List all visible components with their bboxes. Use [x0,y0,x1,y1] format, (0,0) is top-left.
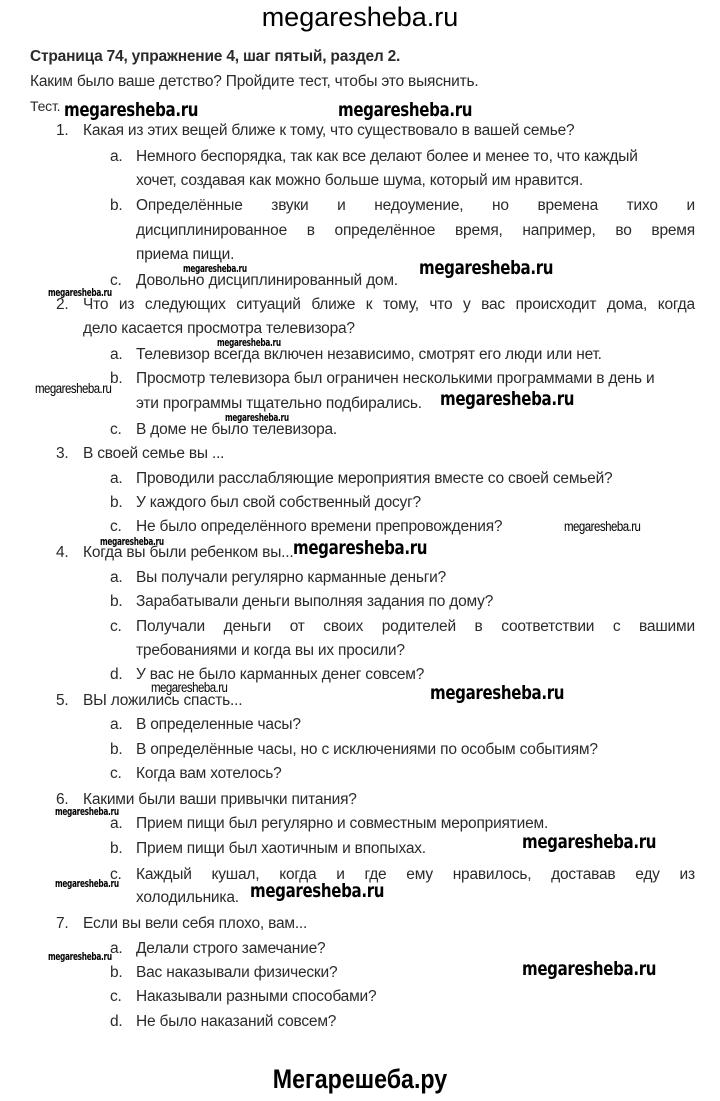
word: когда [658,296,695,314]
option-text-cont: дисциплинированноевопределённоевремя,нап… [136,222,695,240]
option-text: Наказывали разными способами? [136,988,376,1006]
option-text: В определённые часы, но с исключениями п… [136,741,598,759]
option-marker: d. [110,1013,123,1031]
option-marker: a. [110,470,123,488]
word: во [615,222,631,240]
option-line: Каждыйкушал,когдаигдеемунравилось,достав… [136,866,695,884]
question-number: 4. [56,544,69,562]
option-line: дисциплинированноевопределённоевремя,нап… [136,222,695,240]
option-text: Проводили расслабляющие мероприятия вмес… [136,470,612,488]
option-marker: a. [110,940,123,958]
option-text: У каждого был свой собственный досуг? [136,494,421,512]
option-line: Получалиденьгиотсвоихродителейвсоответст… [136,618,695,636]
option-text: Прием пищи был регулярно и совместным ме… [136,815,548,833]
watermark: megaresheba.ru [35,381,111,396]
word: и [337,197,345,215]
word: вас [481,296,505,314]
option-text: Вы получали регулярно карманные деньги? [136,569,446,587]
option-text: Определённыезвукиинедоумение,новременати… [136,197,695,215]
option-marker: c. [110,988,122,1006]
word: тому, [383,296,419,314]
option-marker: b. [110,964,123,982]
word: родителей [382,618,456,636]
word: еду [635,866,659,884]
watermark: megaresheba.ru [151,680,227,695]
option-text: Просмотр телевизора был ограничен нескол… [136,370,654,388]
watermark: megaresheba.ru [338,99,472,121]
word: дисциплинированное [136,222,287,240]
word: от [290,618,305,636]
question-text: Какая из этих вещей ближе к тому, что су… [83,122,574,140]
option-text-cont: холодильника. [136,889,239,907]
word: деньги [224,618,271,636]
word: время, [455,222,503,240]
watermark: megaresheba.ru [419,257,553,279]
word: из [119,296,134,314]
word: что [429,296,452,314]
word: из [680,866,695,884]
option-text: Получалиденьгиотсвоихродителейвсоответст… [136,618,695,636]
word: например, [522,222,595,240]
option-text-cont: эти программы тщательно подбирались. [136,395,422,413]
option-marker: a. [110,569,123,587]
watermark: megaresheba.ru [564,519,640,534]
option-marker: a. [110,148,123,166]
question-number: 5. [56,692,69,710]
option-marker: b. [110,370,123,388]
option-text: Не было наказаний совсем? [136,1013,336,1031]
word: с [613,618,621,636]
word: звуки [271,197,308,215]
option-text-cont: хочет, создавая как можно больше шума, к… [136,172,583,190]
option-marker: c. [110,765,122,783]
question-text: Чтоизследующихситуацийближектому,чтоувас… [83,296,695,314]
option-text: Довольно дисциплинированный дом. [136,272,398,290]
option-marker: d. [110,666,123,684]
word: у [463,296,471,314]
question-text: Если вы вели себя плохо, вам... [83,915,307,933]
word: и [686,197,694,215]
word: определённое [335,222,436,240]
watermark: megaresheba.ru [100,536,164,548]
exercise-title: Страница 74, упражнение 4, шаг пятый, ра… [30,48,400,66]
option-marker: b. [110,494,123,512]
watermark: megaresheba.ru [225,412,289,424]
word: в [307,222,315,240]
option-text-cont: требованиями и когда вы их просили? [136,642,405,660]
option-marker: b. [110,197,123,215]
word: своих [323,618,363,636]
watermark: megaresheba.ru [522,958,656,980]
watermark: megaresheba.ru [293,537,427,559]
watermark: megaresheba.ru [55,878,119,890]
word: происходит [516,296,597,314]
watermark: megaresheba.ru [48,287,112,299]
word: но [492,197,509,215]
word: недоумение, [374,197,463,215]
watermark: megaresheba.ru [440,388,574,410]
word: Получали [136,618,205,636]
watermark: megaresheba.ru [250,880,384,902]
question-text: В своей семье вы ... [83,445,224,463]
intro-text: Каким было ваше детство? Пройдите тест, … [30,73,478,91]
word: Определённые [136,197,243,215]
word: к [366,296,373,314]
option-text: Зарабатывали деньги выполняя задания по … [136,593,493,611]
option-text: Не было определённого времени препровожд… [136,518,502,536]
option-marker: b. [110,741,123,759]
option-line: Немного беспорядка, так как все делают б… [136,148,638,166]
option-marker: b. [110,840,123,858]
question-number: 3. [56,445,69,463]
watermark: megaresheba.ru [430,682,564,704]
watermark: megaresheba.ru [55,806,119,818]
word: тихо [627,197,658,215]
word: соответствии [501,618,594,636]
watermark: megaresheba.ru [183,263,247,275]
word: ситуаций [236,296,300,314]
option-marker: b. [110,593,123,611]
option-marker: c. [110,421,122,439]
question-number: 7. [56,915,69,933]
question-text-cont: дело касается просмотра телевизора? [83,320,355,338]
word: ему [406,866,433,884]
option-marker: c. [110,518,122,536]
word: времена [537,197,598,215]
word: время [651,222,695,240]
word: вашими [639,618,695,636]
word: ближе [311,296,355,314]
option-text: Немного беспорядка, так как все делают б… [136,148,695,166]
option-text: В определенные часы? [136,716,301,734]
watermark: megaresheba.ru [522,831,656,853]
watermark: megaresheba.ru [48,951,112,963]
word: следующих [145,296,226,314]
word: нравилось, [453,866,532,884]
header-site-name: megaresheba.ru [0,2,720,33]
option-text: Телевизор всегда включен независимо, смо… [136,346,602,364]
option-text: Прием пищи был хаотичным и впопыхах. [136,840,426,858]
option-text: Когда вам хотелось? [136,765,282,783]
word: доставав [551,866,615,884]
option-marker: c. [110,618,122,636]
word: Каждый [136,866,192,884]
option-text-cont: приема пищи. [136,246,234,264]
option-text: Каждыйкушал,когдаигдеемунравилось,достав… [136,866,695,884]
option-marker: a. [110,346,123,364]
question-number: 1. [56,122,69,140]
footer-site-name: Мегарешеба.ру [50,1064,669,1095]
test-label: Тест. [30,98,60,114]
watermark: megaresheba.ru [64,99,198,121]
watermark: megaresheba.ru [217,337,281,349]
question-line: Чтоизследующихситуацийближектому,чтоувас… [83,296,695,314]
word: в [475,618,483,636]
word: дома, [607,296,647,314]
option-marker: a. [110,716,123,734]
option-line: Определённыезвукиинедоумение,новременати… [136,197,695,215]
option-text: Делали строго замечание? [136,940,325,958]
option-text: Вас наказывали физически? [136,964,337,982]
question-text: Какими были ваши привычки питания? [83,791,357,809]
